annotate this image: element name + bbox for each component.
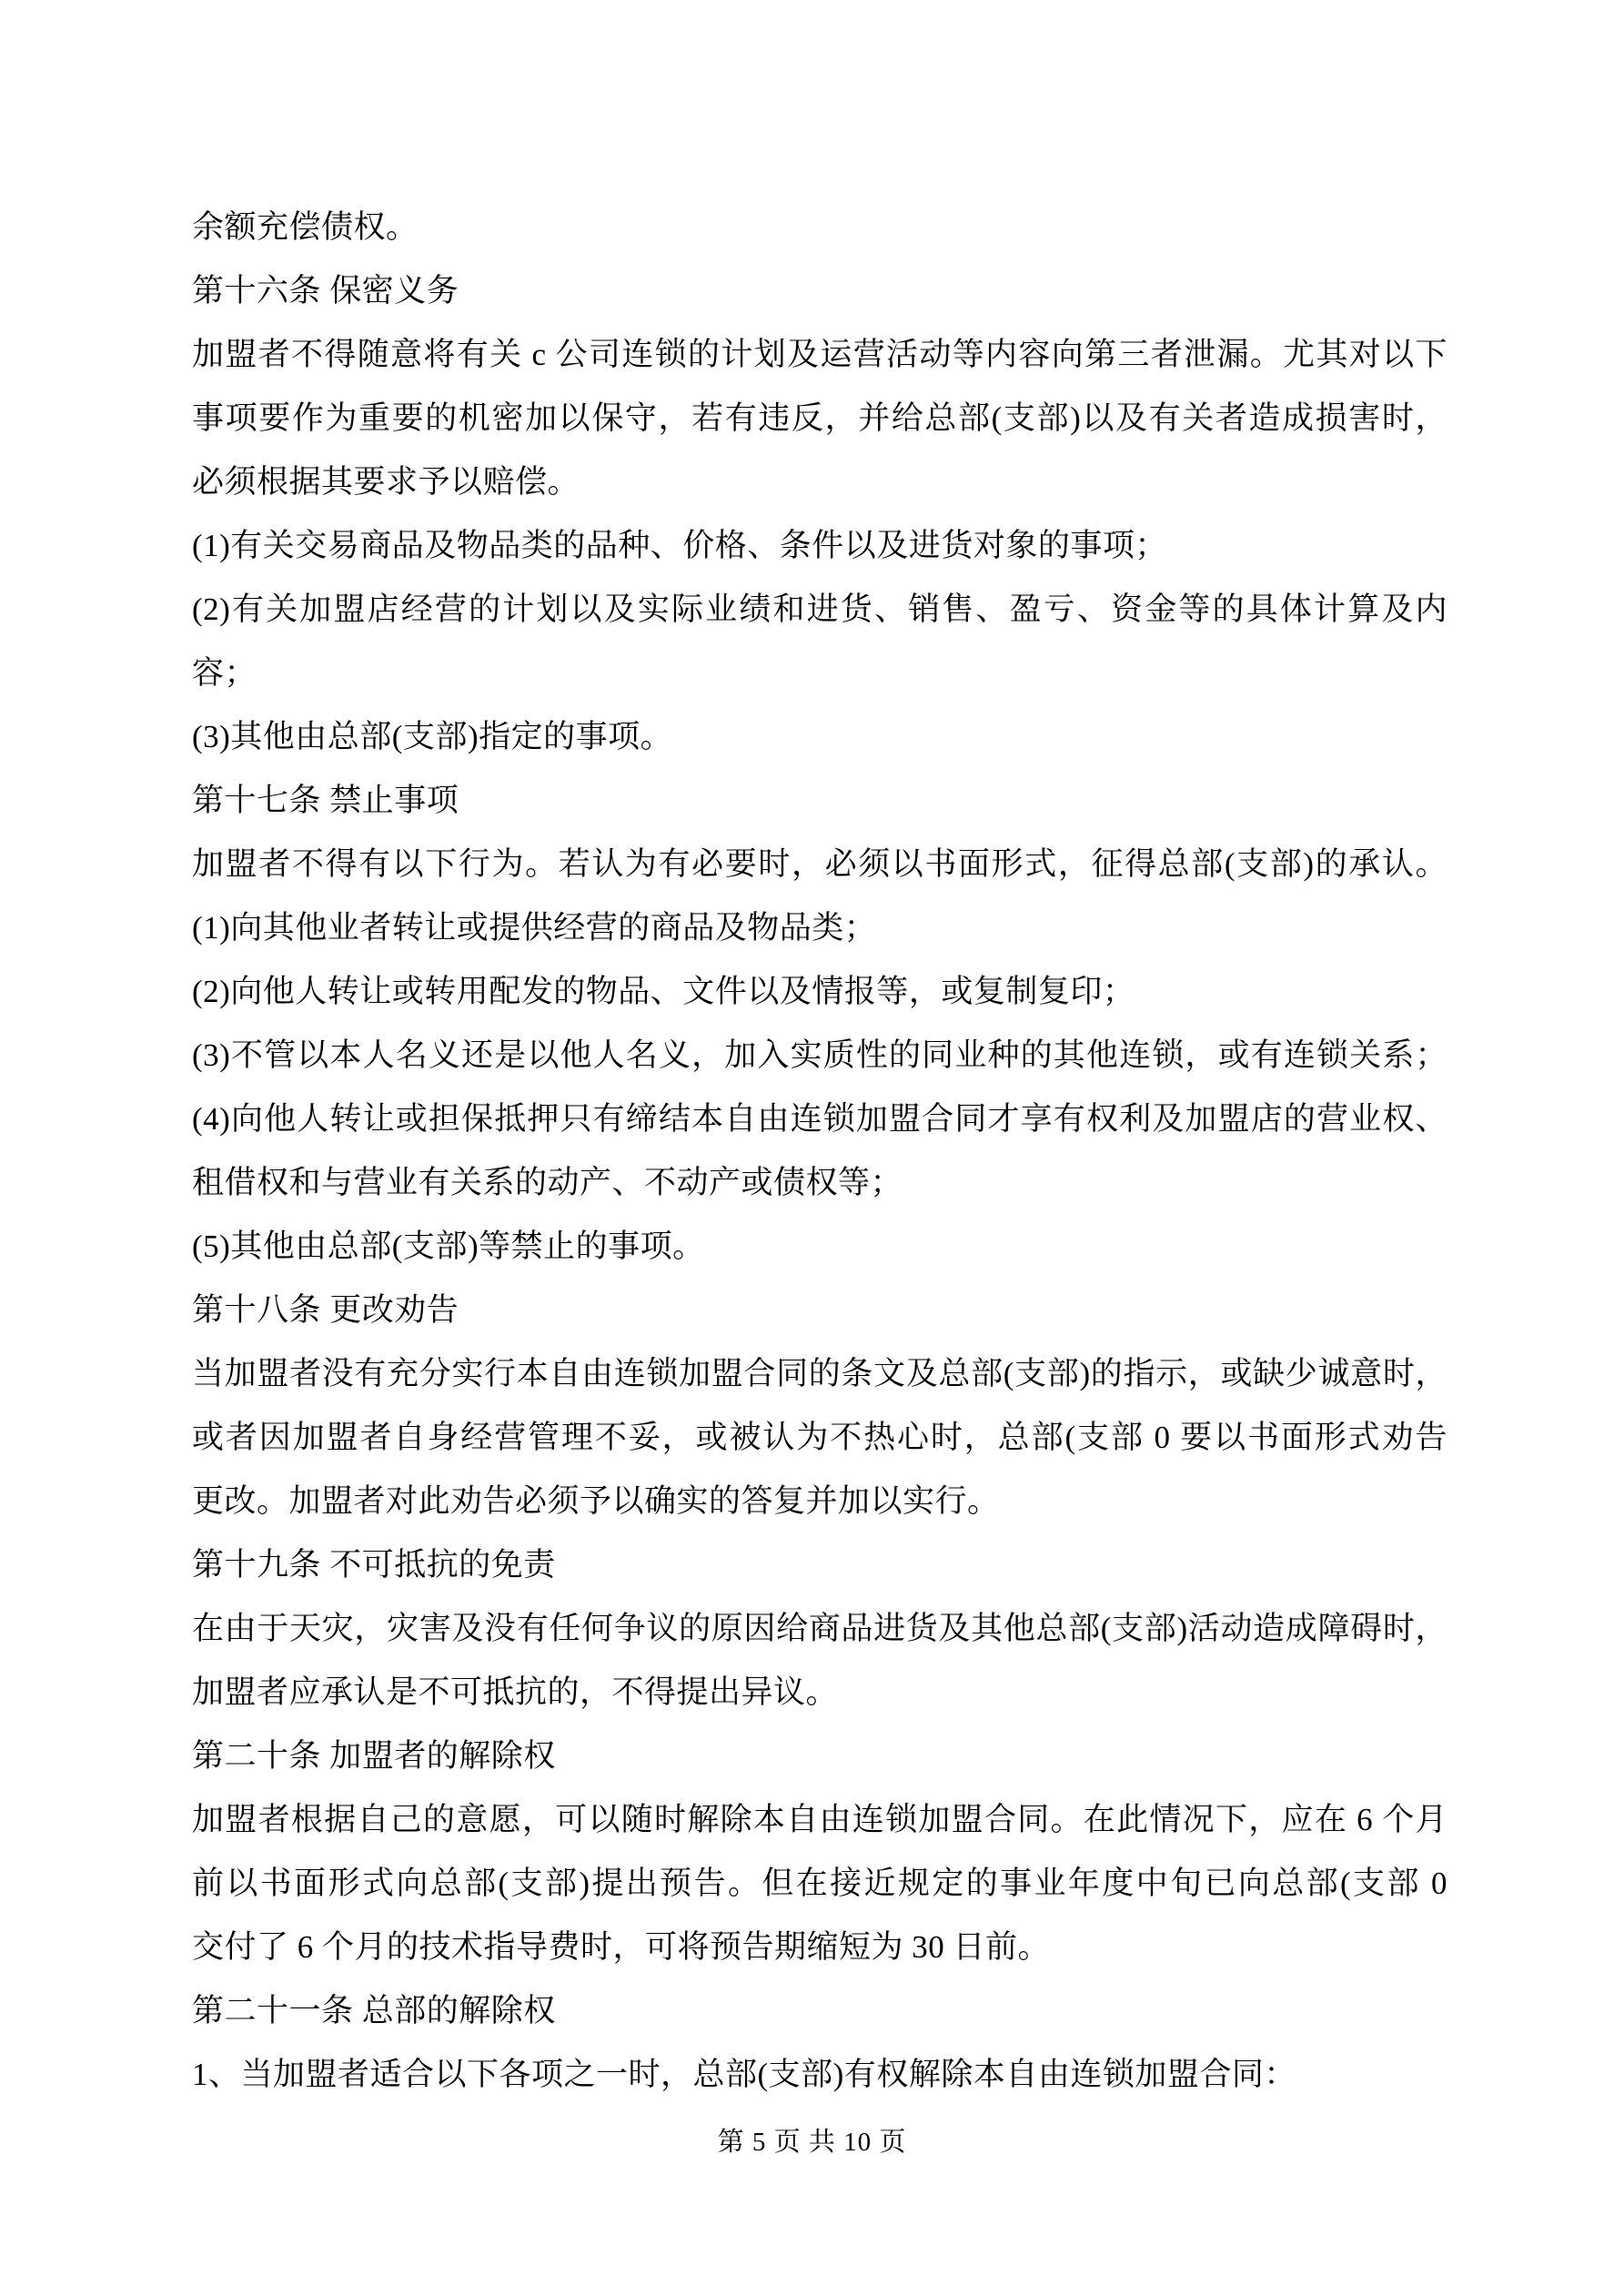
document-page: 余额充偿债权。第十六条 保密义务加盟者不得随意将有关 c 公司连锁的计划及运营活…: [0, 0, 1624, 2296]
document-line: (2)有关加盟店经营的计划以及实际业绩和进货、销售、盈亏、资金等的具体计算及内: [192, 578, 1447, 642]
document-line: 更改。加盟者对此劝告必须予以确实的答复并加以实行。: [192, 1470, 1447, 1533]
document-line: 加盟者应承认是不可抵抗的，不得提出异议。: [192, 1661, 1447, 1725]
page-footer: 第 5 页 共 10 页: [0, 2120, 1624, 2164]
document-line: 当加盟者没有充分实行本自由连锁加盟合同的条文及总部(支部)的指示，或缺少诚意时，: [192, 1342, 1447, 1406]
document-line: 或者因加盟者自身经营管理不妥，或被认为不热心时，总部(支部 0 要以书面形式劝告: [192, 1406, 1447, 1470]
document-line: (2)向他人转让或转用配发的物品、文件以及情报等，或复制复印；: [192, 960, 1447, 1024]
document-line: (3)其他由总部(支部)指定的事项。: [192, 705, 1447, 769]
document-line: 1、当加盟者适合以下各项之一时，总部(支部)有权解除本自由连锁加盟合同：: [192, 2043, 1447, 2107]
document-line: 在由于天灾，灾害及没有任何争议的原因给商品进货及其他总部(支部)活动造成障碍时，: [192, 1597, 1447, 1661]
document-line: 第二十条 加盟者的解除权: [192, 1725, 1447, 1788]
page-number: 第 5 页 共 10 页: [718, 2128, 907, 2157]
document-line: 第十九条 不可抵抗的免责: [192, 1533, 1447, 1597]
document-line: 加盟者根据自己的意愿，可以随时解除本自由连锁加盟合同。在此情况下，应在 6 个月: [192, 1788, 1447, 1852]
document-line: 交付了 6 个月的技术指导费时，可将预告期缩短为 30 日前。: [192, 1916, 1447, 1979]
document-line: (5)其他由总部(支部)等禁止的事项。: [192, 1215, 1447, 1279]
document-line: (1)有关交易商品及物品类的品种、价格、条件以及进货对象的事项；: [192, 514, 1447, 578]
document-line: 前以书面形式向总部(支部)提出预告。但在接近规定的事业年度中旬已向总部(支部 0: [192, 1852, 1447, 1916]
document-line: 第十七条 禁止事项: [192, 769, 1447, 833]
document-line: 容；: [192, 642, 1447, 705]
document-line: (4)向他人转让或担保抵押只有缔结本自由连锁加盟合同才享有权利及加盟店的营业权、: [192, 1087, 1447, 1151]
document-line: 租借权和与营业有关系的动产、不动产或债权等；: [192, 1151, 1447, 1215]
document-line: 加盟者不得有以下行为。若认为有必要时，必须以书面形式，征得总部(支部)的承认。: [192, 833, 1447, 896]
document-line: 第十八条 更改劝告: [192, 1279, 1447, 1342]
document-body: 余额充偿债权。第十六条 保密义务加盟者不得随意将有关 c 公司连锁的计划及运营活…: [192, 196, 1447, 2107]
document-line: (1)向其他业者转让或提供经营的商品及物品类；: [192, 896, 1447, 960]
document-line: 事项要作为重要的机密加以保守，若有违反，并给总部(支部)以及有关者造成损害时，: [192, 387, 1447, 450]
document-line: (3)不管以本人名义还是以他人名义，加入实质性的同业种的其他连锁，或有连锁关系；: [192, 1024, 1447, 1087]
document-line: 第十六条 保密义务: [192, 259, 1447, 323]
document-line: 必须根据其要求予以赔偿。: [192, 450, 1447, 514]
document-line: 余额充偿债权。: [192, 196, 1447, 259]
document-line: 加盟者不得随意将有关 c 公司连锁的计划及运营活动等内容向第三者泄漏。尤其对以下: [192, 323, 1447, 387]
document-line: 第二十一条 总部的解除权: [192, 1979, 1447, 2043]
